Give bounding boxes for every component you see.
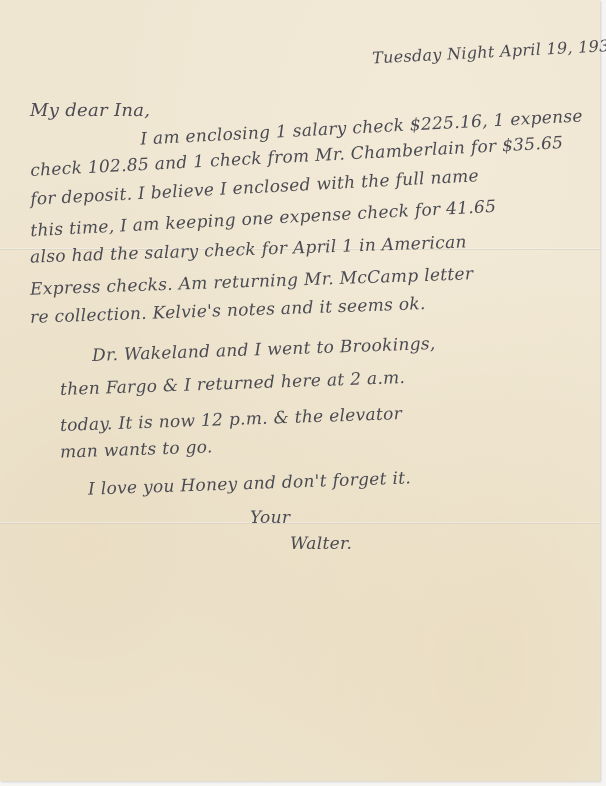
letter-date: Tuesday Night April 19, 1938: [372, 36, 606, 68]
letter-line: then Fargo & I returned here at 2 a.m.: [60, 368, 406, 400]
letter-line: man wants to go.: [60, 437, 213, 462]
fold-crease: [0, 522, 600, 524]
letter-signature: Walter.: [290, 534, 352, 554]
letter-page: Tuesday Night April 19, 1938 My dear Ina…: [0, 0, 600, 781]
letter-line: Dr. Wakeland and I went to Brookings,: [92, 334, 436, 366]
letter-salutation: My dear Ina,: [30, 100, 150, 121]
letter-line: today. It is now 12 p.m. & the elevator: [60, 404, 403, 436]
letter-line: I love you Honey and don't forget it.: [88, 468, 412, 499]
letter-closing: Your: [250, 508, 290, 528]
letter-line: re collection. Kelvie's notes and it see…: [30, 294, 426, 328]
